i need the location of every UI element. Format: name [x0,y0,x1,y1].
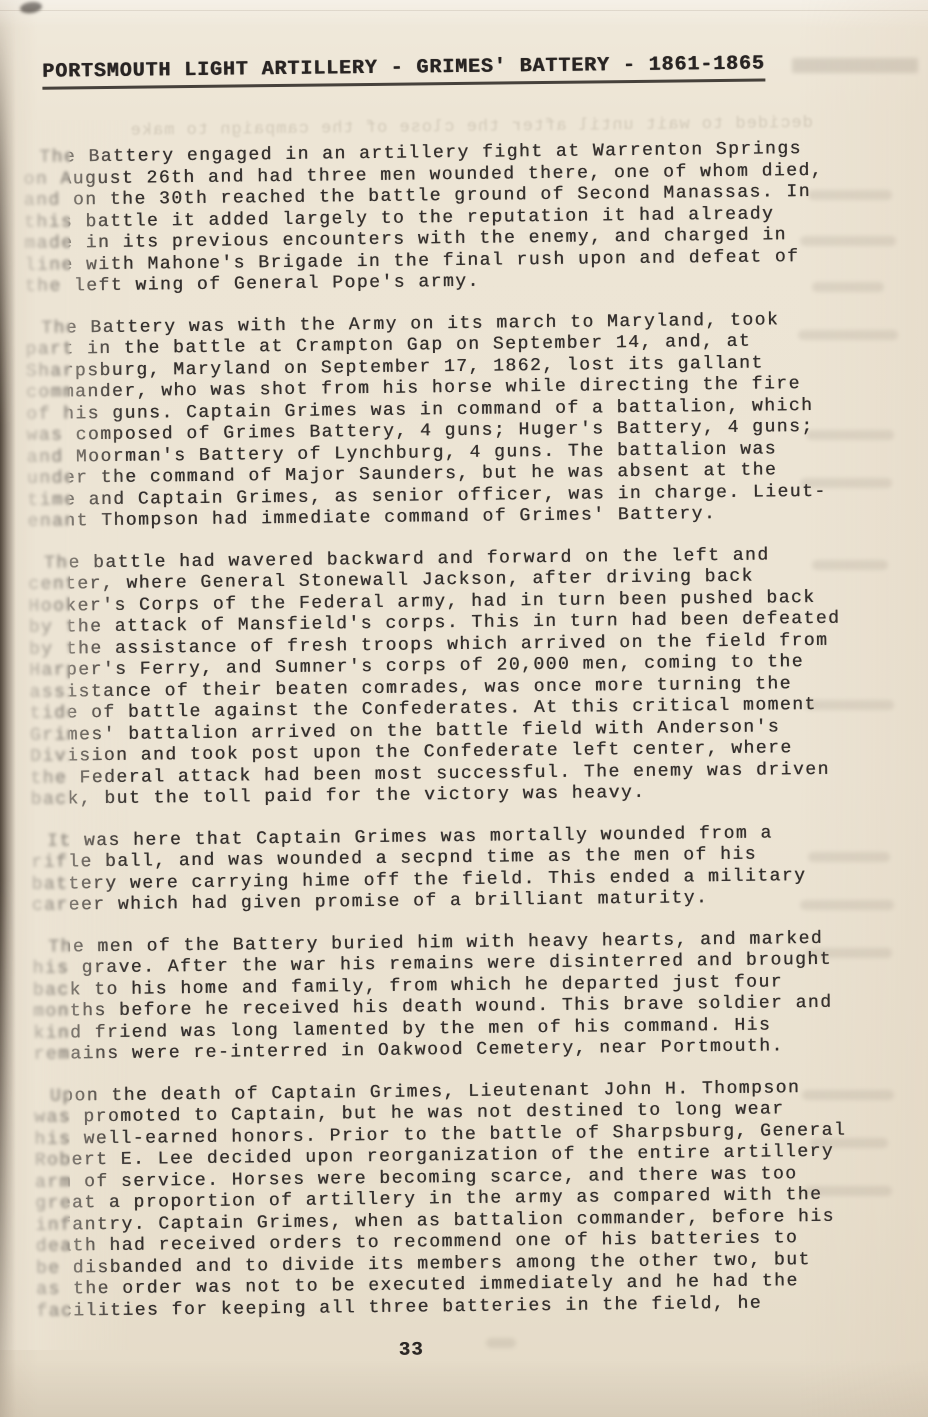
paragraph-2: The Battery was with the Army on its mar… [25,309,889,534]
binding-shadow [0,0,16,1417]
paragraph-5: The men of the Battery buried him with h… [32,928,895,1067]
paragraph-4: It was here that Captain Grimes was mort… [31,822,894,918]
paragraph-6: Upon the death of Captain Grimes, Lieute… [34,1077,899,1323]
bleedthrough-text: decided to wait until after the close of… [193,114,813,140]
body-text: The Battery engaged in an artillery figh… [23,138,899,1365]
page-number: 33 [399,1333,899,1361]
page-content: PORTSMOUTH LIGHT ARTILLERY - GRIMES' BAT… [22,51,899,1365]
paragraph-1: The Battery engaged in an artillery figh… [23,138,887,298]
page-title: PORTSMOUTH LIGHT ARTILLERY - GRIMES' BAT… [42,52,765,89]
scan-top-edge [0,10,928,11]
scanned-page: PORTSMOUTH LIGHT ARTILLERY - GRIMES' BAT… [0,0,928,1417]
paragraph-3: The battle had wavered backward and forw… [28,544,893,812]
ink-smudge [19,1,42,15]
